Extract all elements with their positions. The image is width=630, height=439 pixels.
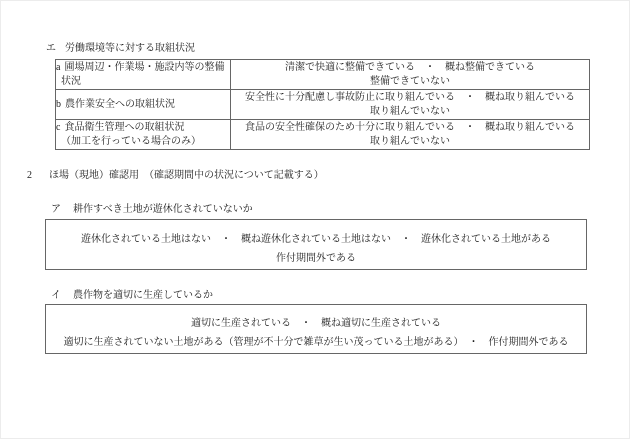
item-cell-c: c食品衛生管理への取組状況 （加工を行っている場合のみ） (56, 120, 231, 150)
answer-i-line2: 適切に生産されていない土地がある（管理が不十分で雑草が生い茂っている土地がある）… (46, 333, 586, 352)
table-row-a: a圃場周辺・作業場・施設内等の整備 状況 清潔で快適に整備できている ・ 概ね整… (56, 60, 590, 90)
section-e-title: 労働環境等に対する取組状況 (65, 43, 195, 54)
item-cell-a: a圃場周辺・作業場・施設内等の整備 状況 (56, 60, 231, 90)
item-label-line: a圃場周辺・作業場・施設内等の整備 (56, 61, 230, 75)
section-2-title: ほ場（現地）確認用 （確認期間中の状況について記載する） (49, 170, 324, 181)
labor-environment-table: a圃場周辺・作業場・施設内等の整備 状況 清潔で快適に整備できている ・ 概ね整… (55, 59, 590, 150)
answer-a-line1: 遊休化されている土地はない ・ 概ね遊休化されている土地はない ・ 遊休化されて… (46, 230, 586, 249)
answer-box-a: 遊休化されている土地はない ・ 概ね遊休化されている土地はない ・ 遊休化されて… (45, 219, 587, 270)
options-cell-c: 食品の安全性確保のため十分に取り組んでいる ・ 概ね取り組んでいる 取り組んでい… (231, 120, 590, 150)
table-row-b: b農作業安全への取組状況 安全性に十分配慮し事故防止に取り組んでいる ・ 概ね取… (56, 90, 590, 120)
item-label-line: b農作業安全への取組状況 (56, 98, 230, 112)
answer-box-i: 適切に生産されている ・ 概ね適切に生産されている 適切に生産されていない土地が… (45, 304, 587, 354)
options-cell-b: 安全性に十分配慮し事故防止に取り組んでいる ・ 概ね取り組んでいる 取り組んでい… (231, 90, 590, 120)
row-id: b (56, 99, 61, 110)
answer-a-line2: 作付期間外である (46, 249, 586, 268)
item-label-text: 圃場周辺・作業場・施設内等の整備 (64, 62, 224, 73)
item-label-line2: （加工を行っている場合のみ） (56, 135, 230, 149)
options-line1: 安全性に十分配慮し事故防止に取り組んでいる ・ 概ね取り組んでいる (231, 91, 589, 105)
question-a-heading: ア耕作すべき土地が遊休化されていないか (51, 204, 253, 216)
answer-i-line1: 適切に生産されている ・ 概ね適切に生産されている (46, 314, 586, 333)
row-id: c (56, 122, 60, 133)
item-cell-b: b農作業安全への取組状況 (56, 90, 231, 120)
options-line1: 食品の安全性確保のため十分に取り組んでいる ・ 概ね取り組んでいる (231, 121, 589, 135)
document-page: エ労働環境等に対する取組状況 a圃場周辺・作業場・施設内等の整備 状況 清潔で快… (0, 0, 630, 439)
question-a-label: ア (51, 204, 61, 215)
table-row-c: c食品衛生管理への取組状況 （加工を行っている場合のみ） 食品の安全性確保のため… (56, 120, 590, 150)
item-label-text: 農作業安全への取組状況 (65, 99, 175, 110)
options-cell-a: 清潔で快適に整備できている ・ 概ね整備できている 整備できていない (231, 60, 590, 90)
section-e-heading: エ労働環境等に対する取組状況 (46, 43, 195, 55)
question-i-text: 農作物を適切に生産しているか (73, 290, 213, 301)
options-line1: 清潔で快適に整備できている ・ 概ね整備できている (231, 61, 589, 75)
item-label-text: 食品衛生管理への取組状況 (64, 122, 184, 133)
question-a-text: 耕作すべき土地が遊休化されていないか (73, 204, 253, 215)
question-i-label: イ (51, 290, 61, 301)
options-line2: 整備できていない (231, 75, 589, 89)
options-line2: 取り組んでいない (231, 135, 589, 149)
section-2-number: 2 (27, 170, 32, 181)
item-label-line: c食品衛生管理への取組状況 (56, 121, 230, 135)
options-line2: 取り組んでいない (231, 105, 589, 119)
item-label-line2: 状況 (56, 75, 230, 89)
question-i-heading: イ農作物を適切に生産しているか (51, 290, 213, 302)
row-id: a (56, 62, 60, 73)
section-2-heading: 2ほ場（現地）確認用 （確認期間中の状況について記載する） (27, 170, 324, 182)
section-e-label: エ (46, 43, 56, 54)
